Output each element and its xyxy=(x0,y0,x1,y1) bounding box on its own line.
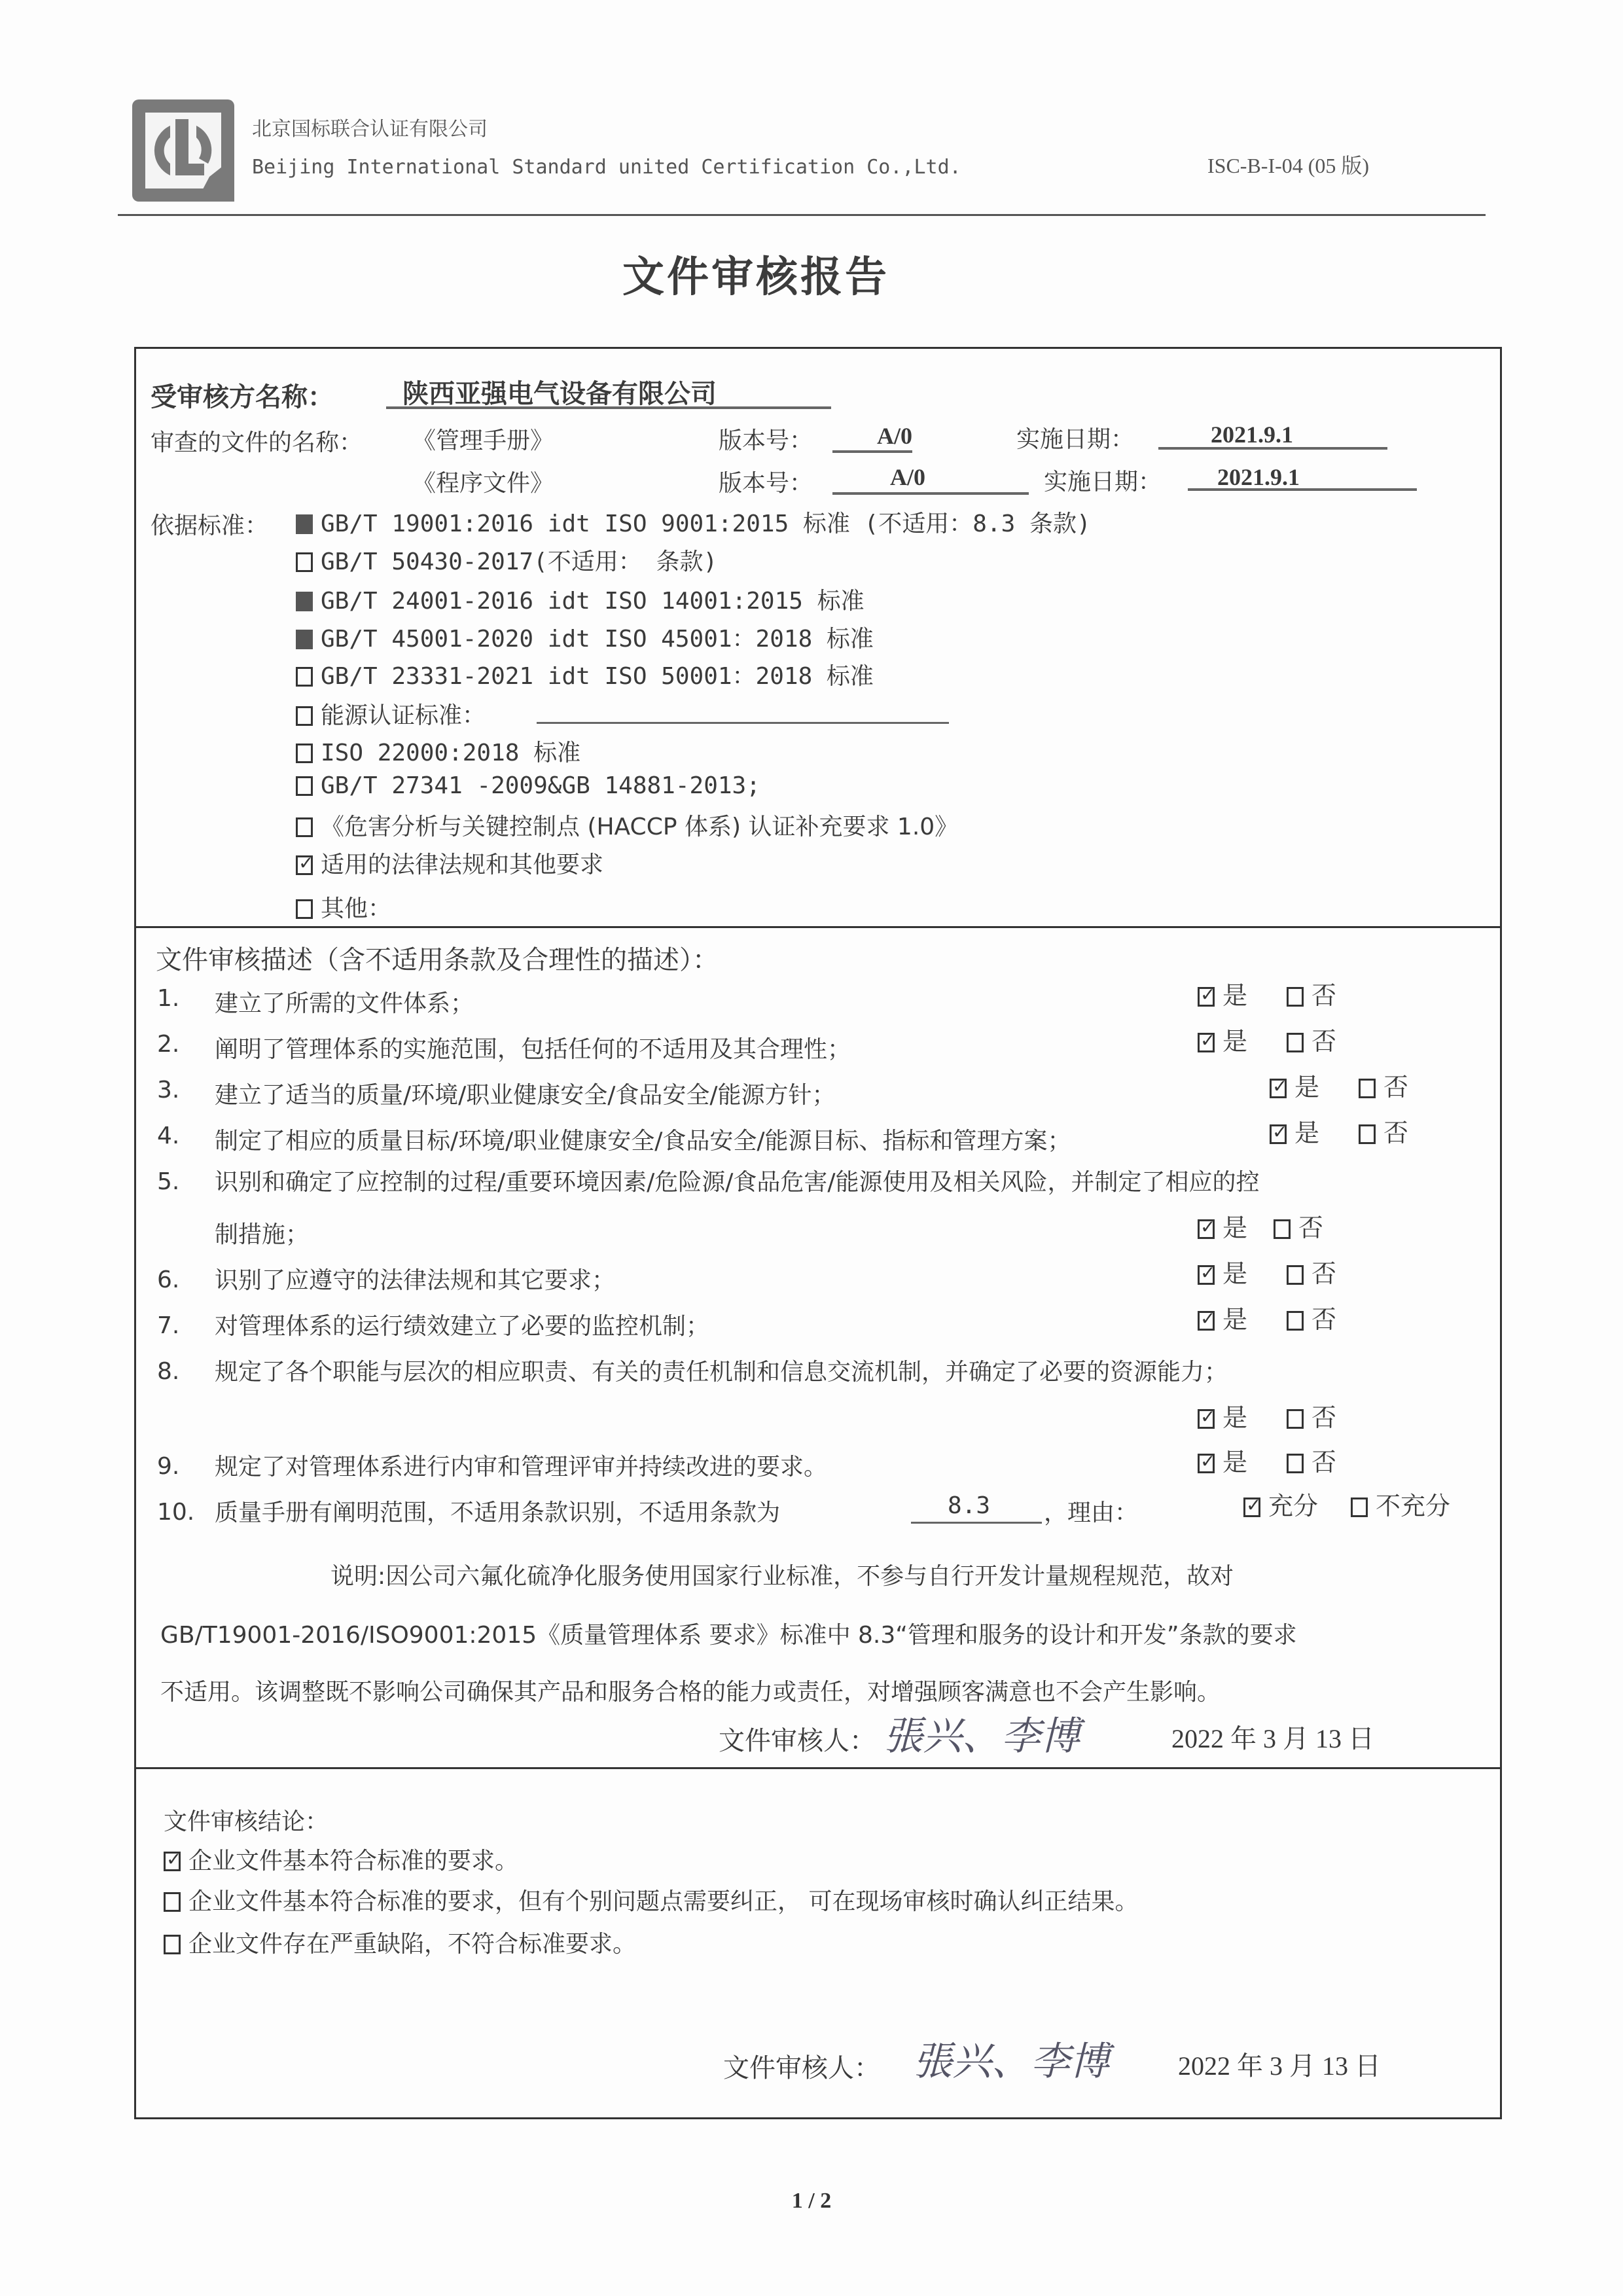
review-item-text: 识别了应遵守的法律法规和其它要求； xyxy=(215,1262,615,1295)
date-underline-2 xyxy=(1188,488,1417,491)
date-label-2: 实施日期： xyxy=(1044,463,1162,497)
review-item-text: 质量手册有阐明范围，不适用条款识别，不适用条款为 xyxy=(215,1494,780,1528)
standard-item: GB/T 23331-2021 idt ISO 50001：2018 标准 xyxy=(296,658,874,691)
checkbox-filled-icon[interactable] xyxy=(296,630,313,649)
date-value-1: 2021.9.1 xyxy=(1211,421,1293,448)
review-item-text: 阐明了管理体系的实施范围，包括任何的不适用及其合理性； xyxy=(215,1031,851,1064)
date-label-1: 实施日期： xyxy=(1016,421,1134,454)
review-item-text: 对管理体系的运行绩效建立了必要的监控机制； xyxy=(215,1308,709,1341)
review-item-num: 5. xyxy=(157,1168,179,1195)
conclusion-heading: 文件审核结论： xyxy=(164,1803,329,1837)
checkbox-checked-icon[interactable] xyxy=(1198,1033,1215,1052)
review-item-text-cont: 制措施； xyxy=(215,1216,309,1249)
checkbox-empty-icon[interactable] xyxy=(296,706,313,726)
page-number: 1 / 2 xyxy=(0,2189,1623,2214)
conclusion-option: 企业文件基本符合标准的要求。 xyxy=(164,1842,518,1876)
yes-no-group: 是否 xyxy=(1270,1067,1408,1103)
checkbox-empty-icon[interactable] xyxy=(1287,1454,1304,1473)
review-item-num: 9. xyxy=(157,1453,179,1480)
yes-no-group: 是否 xyxy=(1198,1208,1323,1244)
documents-label: 审查的文件的名称： xyxy=(151,424,363,457)
yes-no-group: 是否 xyxy=(1198,1442,1336,1478)
review-item-num: 6. xyxy=(157,1266,179,1293)
review-item-text: 建立了所需的文件体系； xyxy=(215,985,474,1018)
standard-item: 适用的法律法规和其他要求 xyxy=(296,846,603,880)
version-value-1: A/0 xyxy=(877,422,912,450)
conclusion-option: 企业文件存在严重缺陷，不符合标准要求。 xyxy=(164,1926,636,1959)
version-value-2: A/0 xyxy=(890,463,925,491)
document-name-1: 《管理手册》 xyxy=(412,422,554,456)
company-name-cn: 北京国标联合认证有限公司 xyxy=(252,113,488,141)
standard-item: ISO 22000:2018 标准 xyxy=(296,734,580,768)
checkbox-empty-icon[interactable] xyxy=(1287,987,1304,1007)
checkbox-empty-icon[interactable] xyxy=(296,817,313,837)
standard-item: 其他： xyxy=(296,890,391,924)
review-item-num: 3. xyxy=(157,1077,179,1103)
clause-underline xyxy=(911,1522,1042,1524)
review-item-num: 1. xyxy=(157,985,179,1012)
standard-item: GB/T 27341 -2009&GB 14881-2013; xyxy=(296,772,760,799)
date-underline-1 xyxy=(1158,447,1387,450)
yes-no-group: 是否 xyxy=(1198,975,1336,1011)
auditee-underline xyxy=(386,406,831,409)
non-applicable-clause: 8.3 xyxy=(948,1492,990,1519)
form-code: ISC-B-I-04 (05 版) xyxy=(1207,149,1369,179)
checkbox-empty-icon[interactable] xyxy=(1287,1033,1304,1052)
checkbox-checked-icon[interactable] xyxy=(1198,1311,1215,1331)
checkbox-empty-icon[interactable] xyxy=(296,667,313,687)
reason-label: ，理由： xyxy=(1044,1494,1138,1528)
yes-no-group: 是否 xyxy=(1198,1397,1336,1433)
checkbox-empty-icon[interactable] xyxy=(296,776,313,796)
yes-no-group: 是否 xyxy=(1198,1299,1336,1335)
company-logo xyxy=(131,98,236,203)
checkbox-empty-icon[interactable] xyxy=(164,1892,181,1912)
review-date: 2022 年 3 月 13 日 xyxy=(1171,1718,1374,1755)
date-value-2: 2021.9.1 xyxy=(1217,463,1300,491)
standard-item: GB/T 45001-2020 idt ISO 45001：2018 标准 xyxy=(296,620,874,654)
conclusion-option: 企业文件基本符合标准的要求，但有个别问题点需要纠正， 可在现场审核时确认纠正结果… xyxy=(164,1883,1138,1916)
checkbox-checked-icon[interactable] xyxy=(1243,1498,1260,1517)
review-heading: 文件审核描述（含不适用条款及合理性的描述）： xyxy=(156,939,719,977)
review-item-num: 10. xyxy=(157,1499,194,1526)
document-name-2: 《程序文件》 xyxy=(412,465,554,498)
checkbox-checked-icon[interactable] xyxy=(1198,987,1215,1007)
checkbox-empty-icon[interactable] xyxy=(164,1935,181,1954)
checkbox-checked-icon[interactable] xyxy=(164,1852,181,1871)
note-line-2: GB/T19001-2016/ISO9001:2015《质量管理体系 要求》标准… xyxy=(160,1617,1297,1650)
energy-standard-underline xyxy=(537,722,949,724)
review-item-text: 制定了相应的质量目标/环境/职业健康安全/食品安全/能源目标、指标和管理方案； xyxy=(215,1122,1071,1156)
review-item-num: 8. xyxy=(157,1358,179,1385)
checkbox-checked-icon[interactable] xyxy=(1270,1124,1287,1144)
yes-no-group: 是否 xyxy=(1198,1021,1336,1057)
review-item-text: 识别和确定了应控制的过程/重要环境因素/危险源/食品危害/能源使用及相关风险，并… xyxy=(215,1164,1260,1197)
standard-item: GB/T 50430-2017(不适用： 条款) xyxy=(296,543,717,577)
checkbox-empty-icon[interactable] xyxy=(1359,1079,1376,1098)
auditee-label: 受审核方名称： xyxy=(151,376,334,414)
yes-no-group: 是否 xyxy=(1198,1253,1336,1289)
reviewer-label: 文件审核人： xyxy=(719,1720,876,1757)
review-item-text: 建立了适当的质量/环境/职业健康安全/食品安全/能源方针； xyxy=(215,1077,836,1110)
checkbox-empty-icon[interactable] xyxy=(1287,1409,1304,1429)
header-divider xyxy=(118,214,1486,216)
conclusion-reviewer-label: 文件审核人： xyxy=(723,2047,880,2085)
standard-item: GB/T 19001:2016 idt ISO 9001:2015 标准 (不适… xyxy=(296,505,1091,539)
version-underline-2 xyxy=(832,492,1029,495)
auditee-name: 陕西亚强电气设备有限公司 xyxy=(402,373,717,410)
review-item-text: 规定了各个职能与层次的相应职责、有关的责任机制和信息交流机制，并确定了必要的资源… xyxy=(215,1354,1228,1387)
checkbox-empty-icon[interactable] xyxy=(1287,1311,1304,1331)
conclusion-date: 2022 年 3 月 13 日 xyxy=(1178,2045,1381,2083)
checkbox-empty-icon[interactable] xyxy=(296,552,313,572)
section-divider-1 xyxy=(134,926,1502,928)
checkbox-checked-icon[interactable] xyxy=(1198,1454,1215,1473)
sufficiency-group: 充分不充分 xyxy=(1243,1486,1450,1522)
version-label-1: 版本号： xyxy=(719,422,813,456)
checkbox-empty-icon[interactable] xyxy=(1359,1124,1376,1144)
section-divider-2 xyxy=(134,1767,1502,1769)
review-item-num: 7. xyxy=(157,1312,179,1339)
yes-no-group: 是否 xyxy=(1270,1113,1408,1149)
note-line-3: 不适用。该调整既不影响公司确保其产品和服务合格的能力或责任，对增强顾客满意也不会… xyxy=(160,1674,1221,1707)
checkbox-checked-icon[interactable] xyxy=(1198,1265,1215,1285)
standard-item: 《危害分析与关键控制点 (HACCP 体系) 认证补充要求 1.0》 xyxy=(296,808,958,842)
reviewer-signature: 張兴、李博 xyxy=(883,1705,1080,1761)
review-item-num: 4. xyxy=(157,1122,179,1149)
checkbox-empty-icon[interactable] xyxy=(296,744,313,763)
conclusion-signature: 張兴、李博 xyxy=(913,2030,1109,2087)
checkbox-checked-icon[interactable] xyxy=(296,855,313,875)
checkbox-checked-icon[interactable] xyxy=(1270,1079,1287,1098)
checkbox-empty-icon[interactable] xyxy=(1274,1219,1291,1239)
standard-item: 能源认证标准： xyxy=(296,697,486,730)
checkbox-empty-icon[interactable] xyxy=(1287,1265,1304,1285)
checkbox-filled-icon[interactable] xyxy=(296,514,313,534)
standard-item: GB/T 24001-2016 idt ISO 14001:2015 标准 xyxy=(296,583,865,616)
company-name-en: Beijing International Standard united Ce… xyxy=(252,156,961,179)
checkbox-checked-icon[interactable] xyxy=(1198,1409,1215,1429)
checkbox-empty-icon[interactable] xyxy=(296,899,313,919)
review-item-num: 2. xyxy=(157,1031,179,1058)
page-title: 文件审核报告 xyxy=(0,243,1512,304)
review-item-text: 规定了对管理体系进行内审和管理评审并持续改进的要求。 xyxy=(215,1448,827,1482)
checkbox-checked-icon[interactable] xyxy=(1198,1219,1215,1239)
checkbox-filled-icon[interactable] xyxy=(296,592,313,611)
version-underline-1 xyxy=(832,450,912,453)
note-line-1: 说明:因公司六氟化硫净化服务使用国家行业标准，不参与自行开发计量规程规范，故对 xyxy=(330,1558,1234,1591)
checkbox-empty-icon[interactable] xyxy=(1351,1498,1368,1517)
standards-label: 依据标准： xyxy=(151,507,268,541)
version-label-2: 版本号： xyxy=(719,465,813,498)
